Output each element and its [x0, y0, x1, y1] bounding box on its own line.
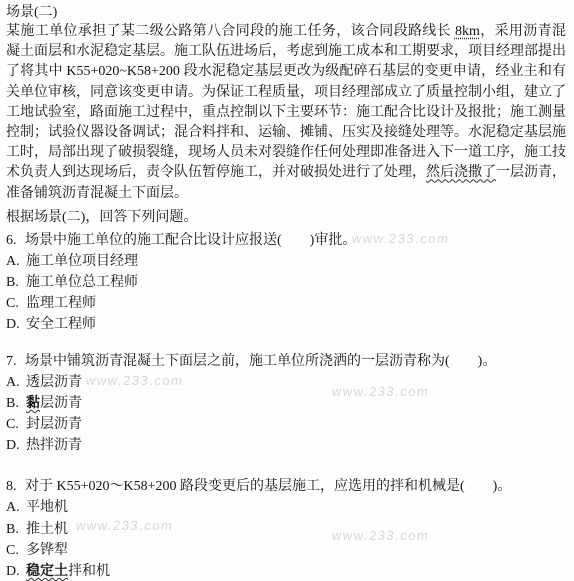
question-8-option-c: C.多铧犁: [6, 540, 567, 561]
option-label: D.: [6, 314, 26, 335]
question-number: 8.: [6, 477, 25, 497]
question-8-stem: 8.对于 K55+020～K58+200 路段变更后的基层施工，应选用的拌和机械…: [6, 477, 567, 497]
question-8: 8.对于 K55+020～K58+200 路段变更后的基层施工，应选用的拌和机械…: [6, 477, 567, 581]
question-6-option-d: D.安全工程师: [6, 314, 567, 335]
question-6-option-c: C.监理工程师: [6, 293, 567, 314]
question-7-option-c: C.封层沥青: [6, 414, 567, 435]
question-6: 6.场景中施工单位的施工配合比设计应报送( )审批。 A.施工单位项目经理 B.…: [6, 231, 567, 336]
document-content: 场景(二) 某施工单位承担了某二级公路第八合同段的施工任务，该合同段路线长 8k…: [0, 0, 574, 581]
scenario-text: 某施工单位承担了某二级公路第八合同段的施工任务，该合同段路线长: [6, 24, 455, 39]
question-7-option-d: D.热拌沥青: [6, 435, 567, 456]
option-text: 透层沥青: [26, 375, 82, 390]
question-number: 7.: [6, 352, 25, 372]
option-label: A.: [6, 372, 26, 393]
question-7: 7.场景中铺筑沥青混凝土下面层之前，施工单位所浇洒的一层沥青称为( )。 A.透…: [6, 352, 567, 457]
option-marked-text: 黏: [26, 396, 40, 411]
option-label: C.: [6, 414, 26, 435]
option-text: 施工单位项目经理: [26, 254, 138, 269]
option-label: A.: [6, 497, 26, 518]
scenario-heading: 场景(二): [6, 3, 567, 22]
question-7-option-b: B.黏层沥青: [6, 393, 567, 414]
question-6-stem: 6.场景中施工单位的施工配合比设计应报送( )审批。: [6, 231, 567, 251]
question-6-option-a: A.施工单位项目经理: [6, 251, 567, 272]
option-label: C.: [6, 540, 26, 561]
option-text: 层沥青: [40, 396, 82, 411]
option-label: B.: [6, 272, 26, 293]
option-label: A.: [6, 251, 26, 272]
scenario-paragraph: 某施工单位承担了某二级公路第八合同段的施工任务，该合同段路线长 8km，采用沥青…: [6, 22, 566, 204]
exam-document-page: www.233.com www.233.com www.233.com www.…: [0, 0, 574, 581]
option-text: 封层沥青: [26, 417, 82, 432]
option-label: C.: [6, 293, 26, 314]
option-text: 热拌沥青: [26, 438, 82, 453]
option-marked-text: 稳定土: [26, 564, 68, 579]
option-text: 监理工程师: [26, 296, 96, 311]
question-8-option-d: D.稳定土拌和机: [6, 561, 567, 581]
question-8-option-b: B.推土机: [6, 519, 567, 540]
option-text: 推土机: [26, 522, 68, 537]
option-text: 平地机: [26, 500, 68, 515]
option-text: 安全工程师: [26, 317, 96, 332]
question-8-option-a: A.平地机: [6, 497, 567, 518]
answer-prompt: 根据场景(二)，回答下列问题。: [6, 208, 567, 228]
scenario-text-8km-underlined: 8km: [455, 24, 480, 39]
option-label: D.: [6, 435, 26, 456]
option-text: 多铧犁: [26, 543, 68, 558]
question-7-option-a: A.透层沥青: [6, 372, 567, 393]
scenario-text: ，采用沥青混凝土面层和水泥稳定基层。施工队伍进场后，考虑到施工成本和工期要求，项…: [6, 24, 566, 180]
option-text: 施工单位总工程师: [26, 275, 138, 290]
option-label: D.: [6, 561, 26, 581]
option-label: B.: [6, 519, 26, 540]
question-6-option-b: B.施工单位总工程师: [6, 272, 567, 293]
question-7-stem: 7.场景中铺筑沥青混凝土下面层之前，施工单位所浇洒的一层沥青称为( )。: [6, 352, 567, 372]
option-label: B.: [6, 393, 26, 414]
option-text: 拌和机: [68, 564, 110, 579]
scenario-text-wavy-underlined: 然后浇撒了: [426, 165, 496, 180]
question-text: 对于 K55+020～K58+200 路段变更后的基层施工，应选用的拌和机械是(…: [25, 479, 511, 494]
question-number: 6.: [6, 231, 25, 251]
question-text: 场景中施工单位的施工配合比设计应报送( )审批。: [25, 233, 356, 248]
question-text: 场景中铺筑沥青混凝土下面层之前，施工单位所浇洒的一层沥青称为( )。: [25, 354, 496, 369]
